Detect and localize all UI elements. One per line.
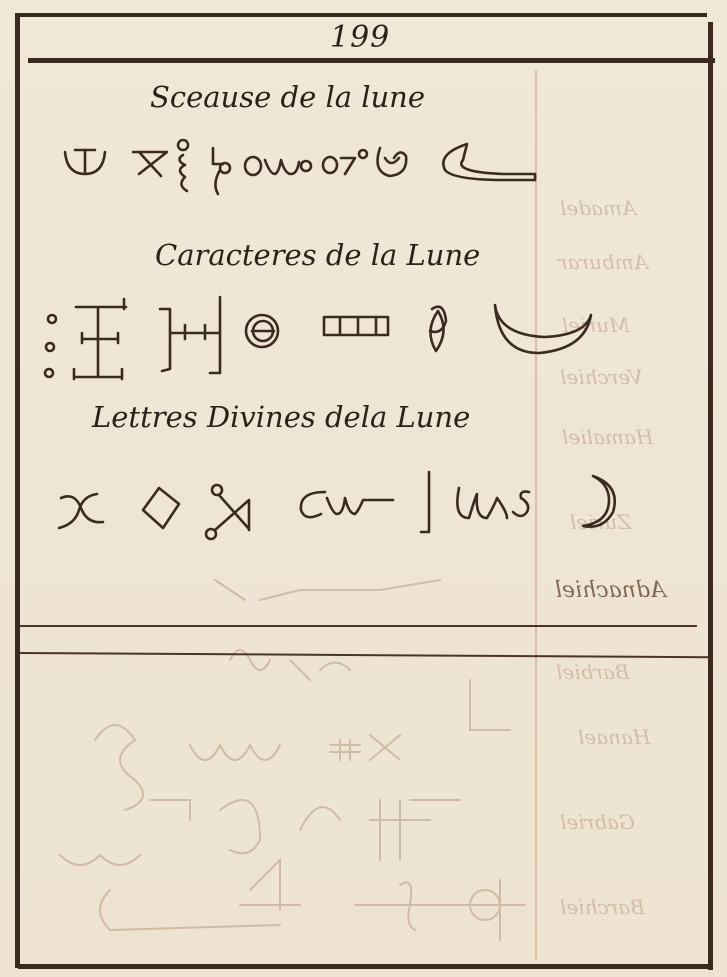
sigil-looped-triangle-icon (206, 485, 249, 539)
sigil-crossed-triangle-icon (133, 152, 167, 176)
sigil-o7o-icon (323, 150, 367, 174)
section-heading-sceau: Sceause de la lune (150, 80, 425, 114)
sigil-cw-bar-icon (301, 472, 429, 532)
sigil-t-cup-icon (65, 150, 105, 174)
header-rule (28, 58, 715, 63)
crescent-moon-icon (443, 144, 535, 180)
caracteres-glyph-row (40, 295, 620, 390)
crescent-moon-icon (583, 476, 615, 527)
sigil-double-cross-icon (74, 299, 126, 379)
page-number: 199 (330, 20, 390, 55)
section-heading-lettres: Lettres Divines dela Lune (92, 400, 470, 434)
crescent-bowl-icon (495, 305, 591, 353)
sigil-horned-circle-icon (378, 148, 407, 176)
sigil-wave-s-icon (457, 488, 529, 518)
section-heading-caracteres: Caracteres de la Lune (155, 238, 480, 272)
sigil-ovro-icon (245, 157, 311, 175)
sigil-theta-loop-icon (430, 307, 446, 351)
lettres-glyph-row (55, 462, 655, 552)
frame-top-rule (17, 13, 707, 17)
section-divider-upper (20, 625, 697, 627)
sceau-glyph-row (55, 130, 655, 210)
sigil-loop-squiggle-icon (178, 140, 188, 191)
frame-right-rule (708, 22, 713, 970)
three-dots-icon (45, 315, 56, 377)
manuscript-page: Amadel Amburar Muriel Verchiel Hamaliel … (0, 0, 727, 977)
sigil-theta-circle-icon (246, 315, 278, 347)
diamond-icon (143, 488, 179, 528)
letter-x-icon (59, 494, 103, 528)
sigil-hook-icon (213, 148, 230, 194)
frame-bottom-rule (18, 964, 713, 969)
sigil-h-bars-icon (160, 297, 220, 373)
frame-left-rule (15, 13, 20, 968)
sigil-ladder-icon (324, 317, 388, 335)
